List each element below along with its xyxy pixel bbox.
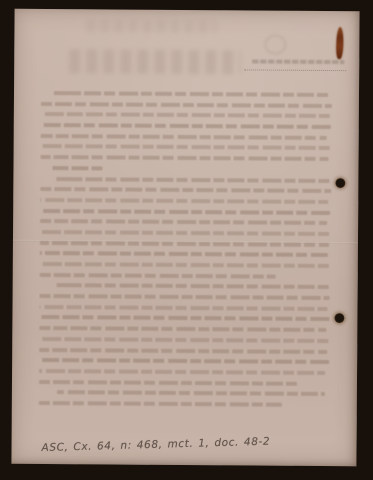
ghost-letterhead-row-1 xyxy=(86,19,216,33)
typed-line xyxy=(41,112,330,118)
typed-line xyxy=(41,102,332,108)
typed-line xyxy=(39,369,325,375)
ghost-stamp-circle xyxy=(264,35,286,55)
scan-background: ASC, Cx. 64, n: 468, mct. 1, doc. 48-2 xyxy=(0,0,373,480)
typed-line xyxy=(39,401,282,407)
typed-line xyxy=(40,219,327,225)
typed-line xyxy=(40,273,276,279)
typed-line xyxy=(40,187,331,193)
typed-line xyxy=(39,380,297,386)
typed-paragraph xyxy=(39,390,333,407)
typed-line xyxy=(53,91,331,97)
typed-line xyxy=(41,144,332,150)
typed-line xyxy=(39,358,329,364)
red-crayon-mark xyxy=(336,27,344,59)
typed-text-block xyxy=(39,91,335,414)
typed-line xyxy=(40,241,329,247)
typed-line xyxy=(40,262,330,268)
punch-hole xyxy=(334,313,344,323)
typed-line xyxy=(40,209,330,215)
paper-sheet: ASC, Cx. 64, n: 468, mct. 1, doc. 48-2 xyxy=(11,9,359,466)
typed-line xyxy=(40,294,330,300)
ghost-letterhead-row-2 xyxy=(69,49,241,74)
typed-line xyxy=(41,123,331,129)
punch-hole xyxy=(335,178,345,188)
handwritten-archive-reference: ASC, Cx. 64, n: 468, mct. 1, doc. 48-2 xyxy=(41,436,270,454)
typed-line xyxy=(54,283,330,289)
typed-line xyxy=(48,166,102,170)
typed-line xyxy=(39,326,326,332)
typed-paragraph xyxy=(39,283,334,385)
typed-line xyxy=(40,251,328,257)
faint-dotted-rule xyxy=(244,69,346,71)
typed-paragraph xyxy=(40,176,335,278)
typed-line xyxy=(41,134,327,140)
punch-holes-group xyxy=(15,9,360,11)
typed-line xyxy=(39,347,327,353)
typed-line xyxy=(40,198,328,204)
typed-line xyxy=(57,390,325,396)
typed-line xyxy=(39,305,327,311)
faint-stamp-text-line xyxy=(252,59,344,64)
typed-line xyxy=(41,155,329,161)
typed-line xyxy=(40,230,331,236)
typed-line xyxy=(39,337,329,343)
typed-paragraph xyxy=(40,91,335,172)
typed-line xyxy=(39,315,330,321)
typed-line xyxy=(54,177,331,183)
